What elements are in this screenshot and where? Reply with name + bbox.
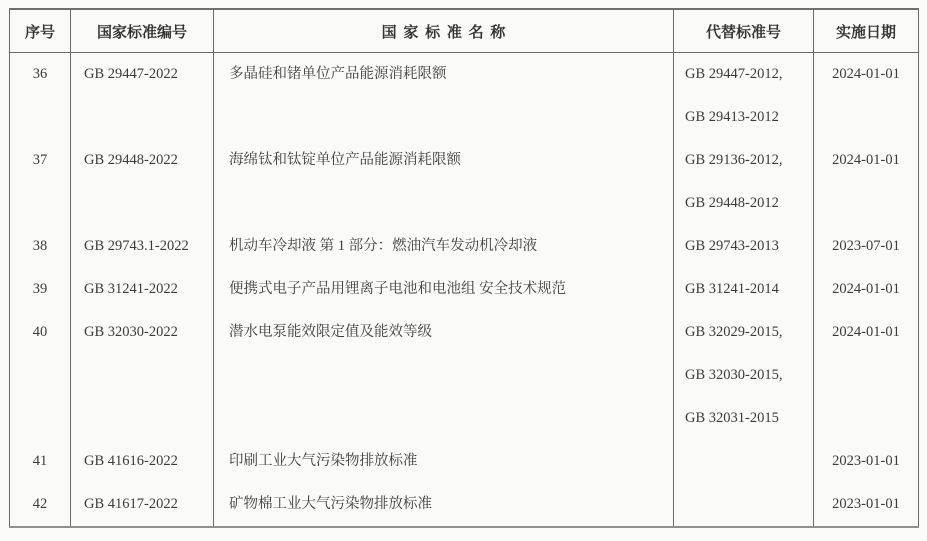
cell-seq: 39 [10,268,71,311]
cell-standard-name: 潜水电泵能效限定值及能效等级 [214,311,674,440]
column-header-seq: 序号 [10,9,71,53]
cell-standard-code: GB 29743.1-2022 [71,225,214,268]
table-row: 39GB 31241-2022便携式电子产品用锂离子电池和电池组 安全技术规范G… [10,268,919,311]
cell-replaced-standards: GB 29136-2012,GB 29448-2012 [674,139,814,225]
table-row: 37GB 29448-2022海绵钛和钛锭单位产品能源消耗限额GB 29136-… [10,139,919,225]
cell-standard-name: 多晶硅和锗单位产品能源消耗限额 [214,53,674,140]
standards-table: 序号 国家标准编号 国家标准名称 代替标准号 实施日期 36GB 29447-2… [9,8,919,528]
table-body: 36GB 29447-2022多晶硅和锗单位产品能源消耗限额GB 29447-2… [10,53,919,528]
cell-implementation-date: 2024-01-01 [814,268,919,311]
replaced-standard-line: GB 32029-2015, [685,311,813,354]
replaced-standard-line: GB 32030-2015, [685,354,813,397]
cell-standard-code: GB 41616-2022 [71,440,214,483]
column-header-standard-name: 国家标准名称 [214,9,674,53]
cell-standard-code: GB 32030-2022 [71,311,214,440]
cell-implementation-date: 2023-01-01 [814,440,919,483]
cell-seq: 42 [10,483,71,527]
cell-implementation-date: 2024-01-01 [814,139,919,225]
cell-seq: 41 [10,440,71,483]
cell-standard-code: GB 31241-2022 [71,268,214,311]
table-row: 40GB 32030-2022潜水电泵能效限定值及能效等级GB 32029-20… [10,311,919,440]
replaced-standard-line: GB 32031-2015 [685,397,813,440]
cell-implementation-date: 2023-07-01 [814,225,919,268]
table-row: 36GB 29447-2022多晶硅和锗单位产品能源消耗限额GB 29447-2… [10,53,919,140]
cell-seq: 36 [10,53,71,140]
cell-replaced-standards [674,440,814,483]
cell-standard-name: 便携式电子产品用锂离子电池和电池组 安全技术规范 [214,268,674,311]
table-row: 38GB 29743.1-2022机动车冷却液 第 1 部分：燃油汽车发动机冷却… [10,225,919,268]
replaced-standard-line: GB 29413-2012 [685,96,813,139]
cell-standard-code: GB 29447-2022 [71,53,214,140]
cell-standard-name: 海绵钛和钛锭单位产品能源消耗限额 [214,139,674,225]
cell-implementation-date: 2023-01-01 [814,483,919,527]
cell-replaced-standards: GB 29447-2012,GB 29413-2012 [674,53,814,140]
table-row: 41GB 41616-2022印刷工业大气污染物排放标准2023-01-01 [10,440,919,483]
replaced-standard-line: GB 29448-2012 [685,182,813,225]
table-row: 42GB 41617-2022矿物棉工业大气污染物排放标准2023-01-01 [10,483,919,527]
cell-standard-name: 印刷工业大气污染物排放标准 [214,440,674,483]
column-header-standard-code: 国家标准编号 [71,9,214,53]
cell-replaced-standards: GB 32029-2015,GB 32030-2015,GB 32031-201… [674,311,814,440]
header-row: 序号 国家标准编号 国家标准名称 代替标准号 实施日期 [10,9,919,53]
cell-implementation-date: 2024-01-01 [814,53,919,140]
cell-standard-name: 机动车冷却液 第 1 部分：燃油汽车发动机冷却液 [214,225,674,268]
replaced-standard-line: GB 29743-2013 [685,225,813,268]
cell-replaced-standards [674,483,814,527]
replaced-standard-line: GB 29447-2012, [685,53,813,96]
cell-standard-name: 矿物棉工业大气污染物排放标准 [214,483,674,527]
cell-standard-code: GB 29448-2022 [71,139,214,225]
cell-replaced-standards: GB 31241-2014 [674,268,814,311]
cell-seq: 38 [10,225,71,268]
column-header-replaced-standard: 代替标准号 [674,9,814,53]
cell-seq: 37 [10,139,71,225]
table-header: 序号 国家标准编号 国家标准名称 代替标准号 实施日期 [10,9,919,53]
cell-seq: 40 [10,311,71,440]
replaced-standard-line: GB 29136-2012, [685,139,813,182]
cell-replaced-standards: GB 29743-2013 [674,225,814,268]
cell-standard-code: GB 41617-2022 [71,483,214,527]
document-page: 序号 国家标准编号 国家标准名称 代替标准号 实施日期 36GB 29447-2… [0,0,927,541]
column-header-implementation-date: 实施日期 [814,9,919,53]
cell-implementation-date: 2024-01-01 [814,311,919,440]
replaced-standard-line: GB 31241-2014 [685,268,813,311]
